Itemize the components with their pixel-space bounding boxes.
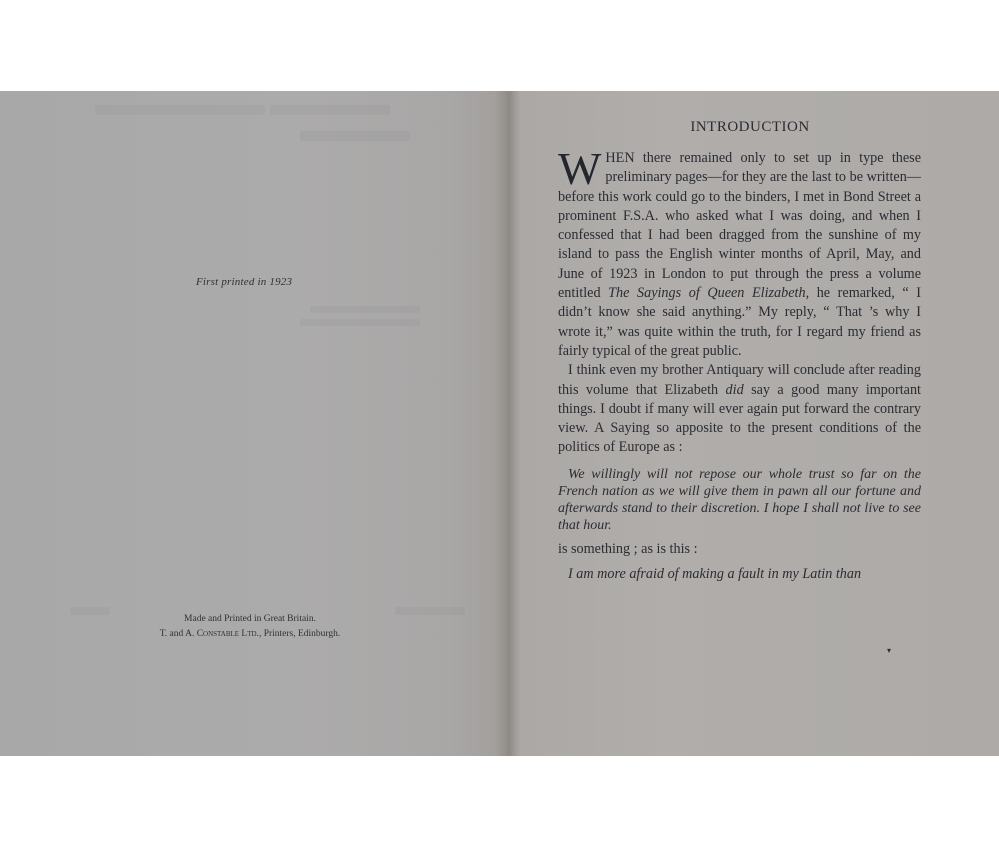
quotation-1: We willingly will not repose our whole t… bbox=[558, 466, 921, 534]
connector-text: is something ; as is this : bbox=[558, 540, 921, 559]
paragraph-2: I think even my brother Antiquary will c… bbox=[558, 361, 921, 457]
show-through-text bbox=[300, 319, 420, 326]
para1-text: HEN there remained only to set up in typ… bbox=[558, 150, 921, 301]
quotation-2: I am more afraid of making a fault in my… bbox=[558, 565, 921, 584]
show-through-text bbox=[300, 131, 410, 141]
printer-prefix: T. and A. bbox=[160, 629, 197, 639]
chapter-heading: INTRODUCTION bbox=[560, 119, 940, 136]
show-through-text bbox=[70, 607, 110, 615]
left-page: First printed in 1923 Made and Printed i… bbox=[0, 91, 500, 756]
show-through-text bbox=[95, 105, 265, 115]
drop-cap: W bbox=[558, 152, 601, 186]
introduction-body: WHEN there remained only to set up in ty… bbox=[558, 149, 921, 584]
book-spine-gutter bbox=[496, 91, 520, 756]
emphasis-did: did bbox=[726, 382, 744, 398]
colophon-line-2: T. and A. Constable Ltd., Printers, Edin… bbox=[110, 627, 390, 642]
book-spread-photo: First printed in 1923 Made and Printed i… bbox=[0, 91, 999, 756]
printer-name: Constable Ltd. bbox=[197, 629, 259, 639]
catchword-mark: ▾ bbox=[887, 646, 891, 655]
imprint-line: First printed in 1923 bbox=[196, 276, 292, 288]
colophon: Made and Printed in Great Britain. T. an… bbox=[110, 612, 390, 642]
printer-location: , Printers, Edinburgh. bbox=[259, 629, 340, 639]
show-through-text bbox=[270, 105, 390, 115]
colophon-line-1: Made and Printed in Great Britain. bbox=[110, 612, 390, 627]
paragraph-1: WHEN there remained only to set up in ty… bbox=[558, 149, 921, 361]
book-title-italic: The Sayings of Queen Elizabeth bbox=[608, 285, 805, 301]
show-through-text bbox=[395, 607, 465, 615]
show-through-text bbox=[310, 306, 420, 313]
